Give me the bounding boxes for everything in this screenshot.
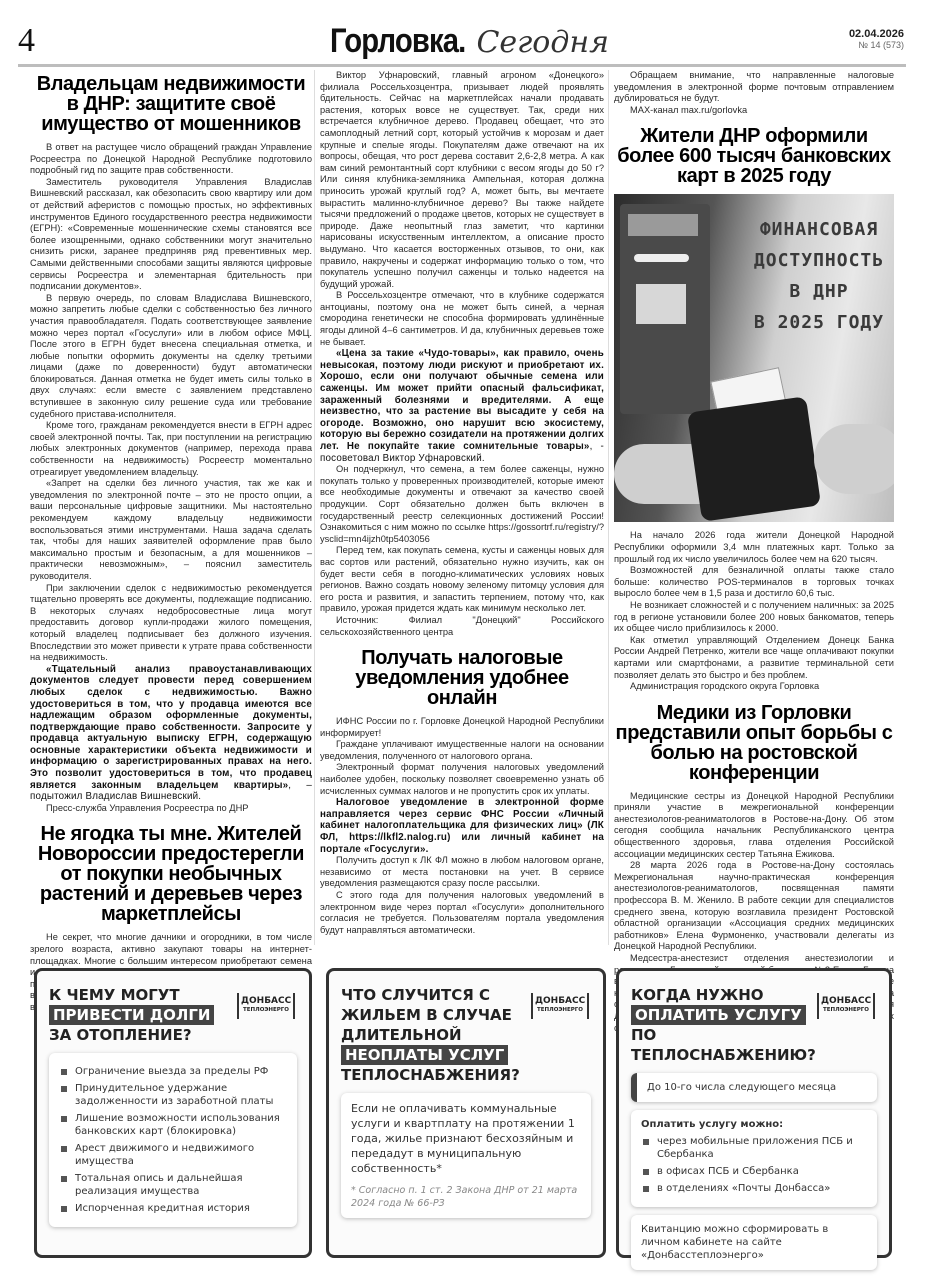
paragraph: Получить доступ к ЛК ФЛ можно в любом на… [320, 855, 604, 890]
bold-paragraph: Налоговое уведомление в электронной форм… [320, 797, 604, 855]
paragraph: «Запрет на сделки без личного участия, т… [30, 478, 312, 582]
paragraph: В ответ на растущее число обращений граж… [30, 142, 312, 177]
paragraph: На начало 2026 года жители Донецкой Наро… [614, 530, 894, 565]
logo-main: ДОНБАСС [535, 996, 585, 1006]
logo-sub: ТЕПЛОЭНЕРГО [241, 1006, 291, 1015]
logo-sub: ТЕПЛОЭНЕРГО [535, 1006, 585, 1015]
title-line: К ЧЕМУ МОГУТ [49, 985, 229, 1005]
paragraph: В Россельхозцентре отмечают, что в клубн… [320, 290, 604, 348]
column-1: Владельцам недвижимости в ДНР: защитите … [30, 70, 312, 1014]
logo-main: ДОНБАСС [241, 996, 291, 1006]
source: Пресс-служба Управления Росреестра по ДН… [30, 803, 312, 815]
list-item: Ограничение выезда за пределы РФ [59, 1065, 287, 1078]
paragraph: Возможностей для безналичной оплаты такж… [614, 565, 894, 600]
overlay-line: В ДНР [744, 276, 894, 307]
source: MAX-канал max.ru/gorlovka [614, 105, 894, 117]
column-divider [608, 70, 609, 945]
column-3: Обращаем внимание, что направленные нало… [614, 70, 894, 1046]
paragraph: Граждане уплачивают имущественные налоги… [320, 739, 604, 762]
list-item: Лишение возможности использования банков… [59, 1112, 287, 1138]
title-highlight: ОПЛАТИТЬ УСЛУГУ [631, 1005, 806, 1025]
headline: Владельцам недвижимости в ДНР: защитите … [30, 74, 312, 134]
title-line: ЗА ОТОПЛЕНИЕ? [49, 1025, 229, 1045]
pos-terminal-icon [687, 397, 821, 523]
photo-caption-overlay: ФИНАНСОВАЯ ДОСТУПНОСТЬ В ДНР В 2025 ГОДУ [744, 214, 894, 338]
headline: Медики из Горловки представили опыт борь… [614, 703, 894, 783]
paragraph: Он подчеркнул, что семена, а тем более с… [320, 464, 604, 545]
ad-title: К ЧЕМУ МОГУТ ПРИВЕСТИ ДОЛГИ ЗА ОТОПЛЕНИЕ… [49, 985, 229, 1045]
title-main: Горловка. [330, 22, 465, 61]
title-line: КОГДА НУЖНО [631, 985, 811, 1005]
footnote: * Согласно п. 1 ст. 2 Закона ДНР от 21 м… [351, 1184, 581, 1210]
donbass-teploenergo-logo: ДОНБАССТЕПЛОЭНЕРГО [237, 993, 295, 1019]
paragraph: Кроме того, гражданам рекомендуется внес… [30, 420, 312, 478]
paragraph: Как отметил управляющий Отделением Донец… [614, 635, 894, 681]
ad-housing: ДОНБАССТЕПЛОЭНЕРГО ЧТО СЛУЧИТСЯ С ЖИЛЬЕМ… [326, 968, 606, 1258]
article-tax: Получать налоговые уведомления удобнее о… [320, 648, 604, 936]
paragraph: Заместитель руководителя Управления Влад… [30, 177, 312, 293]
paragraph: Перед тем, как покупать семена, кусты и … [320, 545, 604, 615]
quote-text: «Цена за такие «Чудо-товары», как правил… [320, 348, 604, 452]
hand-shape [814, 424, 894, 494]
list-item: в отделениях «Почты Донбасса» [641, 1182, 867, 1195]
newspaper-title: Горловка.Сегодня [0, 22, 928, 61]
paragraph: ИФНС России по г. Горловке Донецкой Наро… [320, 716, 604, 739]
logo-main: ДОНБАСС [821, 996, 871, 1006]
quote-text: «Тщательный анализ правоустанавливающих … [30, 664, 312, 791]
source: Источник: Филиал "Донецкий" Российского … [320, 615, 604, 638]
ad-title: ЧТО СЛУЧИТСЯ С ЖИЛЬЕМ В СЛУЧАЕ ДЛИТЕЛЬНО… [341, 985, 521, 1085]
donbass-teploenergo-logo: ДОНБАССТЕПЛОЭНЕРГО [531, 993, 589, 1019]
paragraph: В первую очередь, по словам Владислава В… [30, 293, 312, 421]
bold-quote: «Тщательный анализ правоустанавливающих … [30, 664, 312, 803]
header-rule [18, 64, 906, 67]
issue-number: № 14 (573) [849, 40, 904, 50]
paragraph: Электронный формат получения налоговых у… [320, 762, 604, 797]
masthead: 4 Горловка.Сегодня 02.04.2026 № 14 (573) [0, 0, 928, 64]
overlay-line: ФИНАНСОВАЯ [744, 214, 894, 245]
ad-title: КОГДА НУЖНО ОПЛАТИТЬ УСЛУГУ ПО ТЕПЛОСНАБ… [631, 985, 811, 1065]
overlay-line: В 2025 ГОДУ [744, 307, 894, 338]
paragraph: При заключении сделок с недвижимостью ре… [30, 583, 312, 664]
list-item: Испорченная кредитная история [59, 1202, 287, 1215]
paragraph: Медицинские сестры из Донецкой Народной … [614, 791, 894, 861]
list-item: Арест движимого и недвижимого имущества [59, 1142, 287, 1168]
receipt-box: Квитанцию можно сформировать в личном ка… [631, 1215, 877, 1270]
atm-icon [620, 204, 710, 414]
title-highlight: НЕОПЛАТЫ УСЛУГ [341, 1045, 508, 1065]
paragraph: Виктор Уфнаровский, главный агроном «Дон… [320, 70, 604, 290]
issue-date: 02.04.2026 [849, 28, 904, 40]
payment-label: Оплатить услугу можно: [641, 1118, 867, 1131]
bold-quote: «Цена за такие «Чудо-товары», как правил… [320, 348, 604, 464]
consequences-list: Ограничение выезда за пределы РФ Принуди… [49, 1053, 297, 1227]
paragraph: Не возникает сложностей и с получением н… [614, 600, 894, 635]
paragraph: Обращаем внимание, что направленные нало… [614, 70, 894, 105]
title-highlight: ПРИВЕСТИ ДОЛГИ [49, 1005, 214, 1025]
title-line: ЧТО СЛУЧИТСЯ С ЖИЛЬЕМ В СЛУЧАЕ ДЛИТЕЛЬНО… [341, 985, 521, 1045]
overlay-line: ДОСТУПНОСТЬ [744, 245, 894, 276]
list-item: в офисах ПСБ и Сбербанка [641, 1165, 867, 1178]
atm-payment-photo: ФИНАНСОВАЯ ДОСТУПНОСТЬ В ДНР В 2025 ГОДУ [614, 194, 894, 522]
info-text: Если не оплачивать коммунальные услуги и… [351, 1101, 581, 1176]
column-divider [314, 70, 315, 945]
title-script: Сегодня [476, 25, 609, 60]
article-bank-cards: Жители ДНР оформили более 600 тысяч банк… [614, 126, 894, 692]
paragraph: 28 марта 2026 года в Ростове-на-Дону сос… [614, 860, 894, 953]
title-line: ПО ТЕПЛОСНАБЖЕНИЮ? [631, 1025, 811, 1065]
headline: Жители ДНР оформили более 600 тысяч банк… [614, 126, 894, 186]
source: Администрация городского округа Горловка [614, 681, 894, 693]
deadline-box: До 10-го числа следующего месяца [631, 1073, 877, 1102]
list-item: Принудительное удержание задолженности и… [59, 1082, 287, 1108]
donbass-teploenergo-logo: ДОНБАССТЕПЛОЭНЕРГО [817, 993, 875, 1019]
ad-payment: ДОНБАССТЕПЛОЭНЕРГО КОГДА НУЖНО ОПЛАТИТЬ … [616, 968, 892, 1258]
article-real-estate: Владельцам недвижимости в ДНР: защитите … [30, 74, 312, 814]
payment-methods: Оплатить услугу можно: через мобильные п… [631, 1110, 877, 1207]
issue-info: 02.04.2026 № 14 (573) [849, 28, 904, 50]
headline: Не ягодка ты мне. Жителей Новороссии пре… [30, 824, 312, 924]
column-2: Виктор Уфнаровский, главный агроном «Дон… [320, 70, 604, 936]
ad-debts: ДОНБАССТЕПЛОЭНЕРГО К ЧЕМУ МОГУТ ПРИВЕСТИ… [34, 968, 312, 1258]
logo-sub: ТЕПЛОЭНЕРГО [821, 1006, 871, 1015]
headline: Получать налоговые уведомления удобнее о… [320, 648, 604, 708]
title-line: ТЕПЛОСНАБЖЕНИЯ? [341, 1065, 521, 1085]
info-box: Если не оплачивать коммунальные услуги и… [341, 1093, 591, 1218]
list-item: Тотальная опись и дальнейшая реализация … [59, 1172, 287, 1198]
list-item: через мобильные приложения ПСБ и Сбербан… [641, 1135, 867, 1161]
paragraph: С этого года для получения налоговых уве… [320, 890, 604, 936]
advertisement-strip: ДОНБАССТЕПЛОЭНЕРГО К ЧЕМУ МОГУТ ПРИВЕСТИ… [0, 968, 928, 1268]
